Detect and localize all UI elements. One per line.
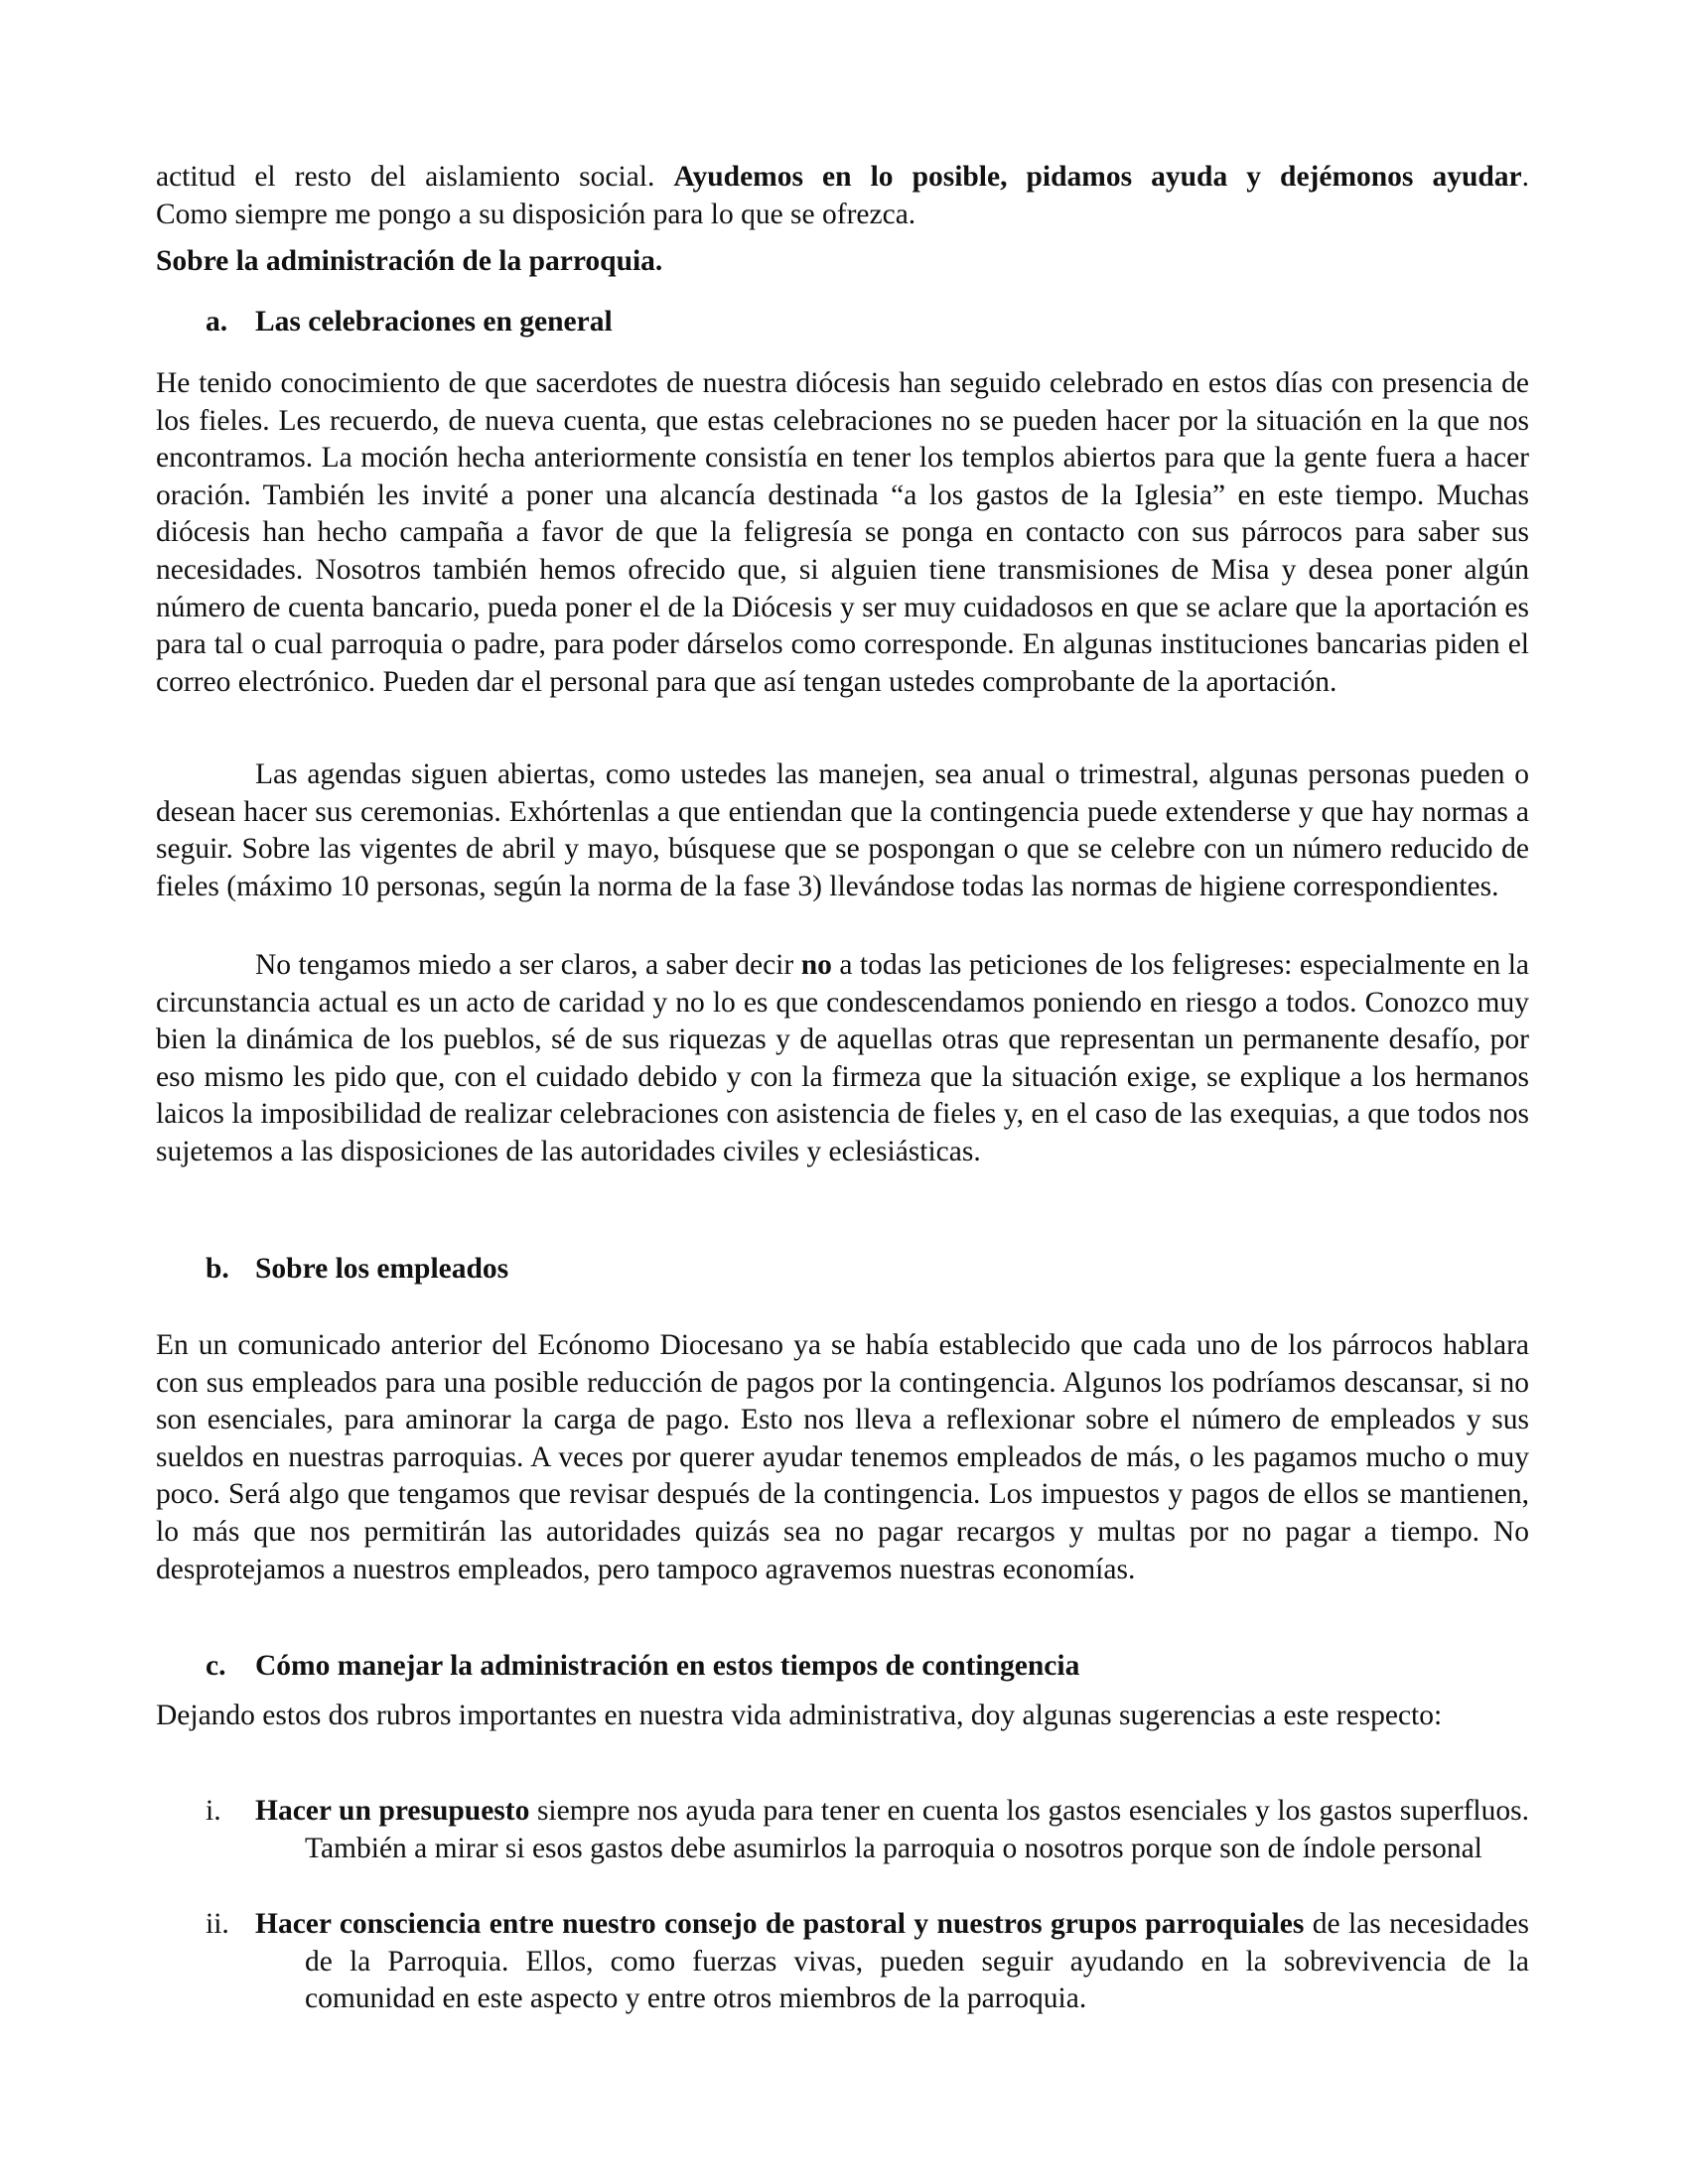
- list-item-emphasis: Hacer consciencia entre nuestro consejo …: [255, 1908, 1304, 1940]
- subsection-label: b.: [206, 1251, 229, 1289]
- intro-emphasis: Ayudemos en lo posible, pidamos ayuda y …: [673, 161, 1521, 193]
- intro-line-2: Como siempre me pongo a su disposición p…: [156, 197, 1529, 234]
- intro-text: actitud el resto del aislamiento social.: [156, 161, 673, 193]
- intro-line-1: actitud el resto del aislamiento social.…: [156, 159, 1529, 197]
- subsection-title: Cómo manejar la administración en estos …: [255, 1648, 1079, 1686]
- list-item-emphasis: Hacer un presupuesto: [255, 1795, 529, 1827]
- paragraph-celebrations-2: Las agendas siguen abiertas, como ustede…: [156, 756, 1529, 905]
- intro-paragraph: actitud el resto del aislamiento social.…: [156, 159, 1529, 233]
- subsection-label: c.: [206, 1648, 225, 1686]
- subsection-title: Sobre los empleados: [255, 1251, 508, 1289]
- list-item-body: Hacer consciencia entre nuestro consejo …: [305, 1906, 1529, 2018]
- subsection-label: a.: [206, 304, 227, 341]
- paragraph-employees: En un comunicado anterior del Ecónomo Di…: [156, 1327, 1529, 1588]
- paragraph-text: No tengamos miedo a ser claros, a saber …: [255, 949, 801, 981]
- paragraph-celebrations-1: He tenido conocimiento de que sacerdotes…: [156, 365, 1529, 701]
- paragraph-celebrations-3: No tengamos miedo a ser claros, a saber …: [156, 947, 1529, 1171]
- list-item-number: i.: [206, 1793, 221, 1831]
- list-item-body: Hacer un presupuesto siempre nos ayuda p…: [305, 1793, 1529, 1867]
- intro-period: .: [1522, 161, 1529, 193]
- list-item-awareness: ii. Hacer consciencia entre nuestro cons…: [206, 1906, 1529, 2018]
- paragraph-emphasis: no: [801, 949, 832, 981]
- list-item-budget: i. Hacer un presupuesto siempre nos ayud…: [206, 1793, 1529, 1867]
- section-title: Sobre la administración de la parroquia.: [156, 243, 1529, 281]
- list-item-number: ii.: [206, 1906, 229, 1944]
- subsection-title: Las celebraciones en general: [255, 304, 613, 341]
- paragraph-text: a todas las peticiones de los feligreses…: [156, 949, 1529, 1167]
- paragraph-administration-intro: Dejando estos dos rubros importantes en …: [156, 1698, 1529, 1735]
